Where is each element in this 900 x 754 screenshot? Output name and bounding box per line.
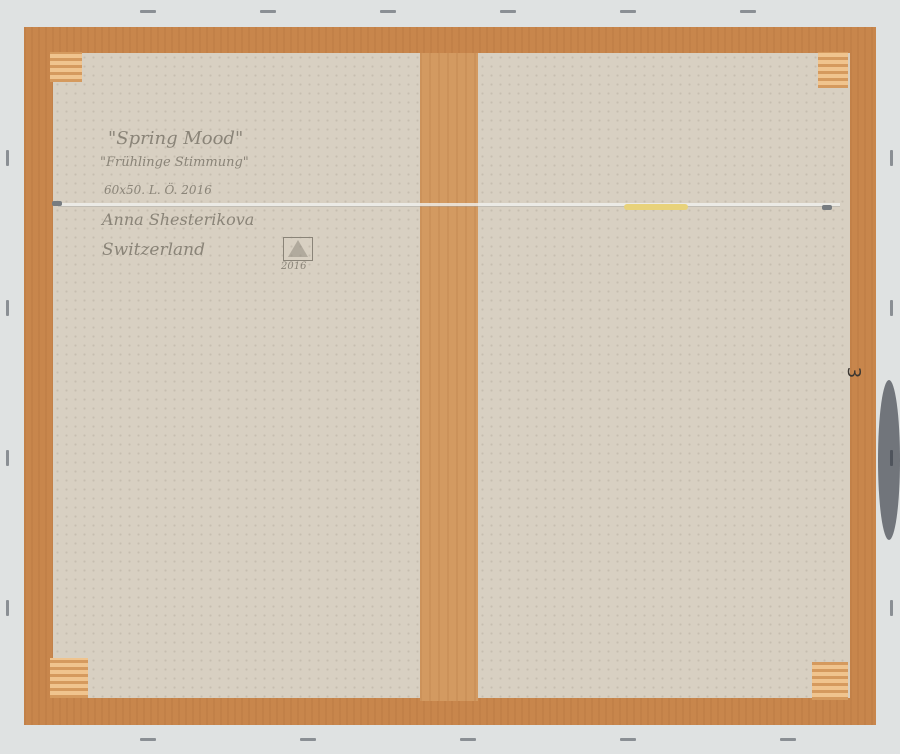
canvas-panel-right — [478, 53, 850, 698]
staple — [890, 150, 893, 166]
staple — [380, 10, 396, 13]
corner-key — [50, 658, 88, 698]
corner-key — [812, 662, 848, 700]
staple — [6, 300, 9, 316]
inscription-title-de: "Frühlinge Stimmung" — [100, 155, 249, 170]
screw-eye — [52, 201, 62, 206]
staple — [740, 10, 756, 13]
staple — [890, 300, 893, 316]
stretcher-mark: 3 — [843, 367, 864, 378]
staple — [620, 738, 636, 741]
staple — [460, 738, 476, 741]
staple — [890, 600, 893, 616]
artist-monogram — [283, 237, 313, 261]
inscription-details: 60x50. L. Ö. 2016 — [104, 183, 212, 197]
staple — [140, 738, 156, 741]
staple — [6, 450, 9, 466]
inscription-country: Switzerland — [102, 240, 205, 260]
corner-key — [50, 52, 82, 82]
monogram-year: 2016 — [281, 261, 306, 272]
staple — [500, 10, 516, 13]
staple — [300, 738, 316, 741]
center-crossbar — [420, 53, 478, 701]
paint-smudge — [878, 380, 900, 540]
staple — [6, 150, 9, 166]
hanging-wire — [58, 203, 840, 206]
wire-tape — [624, 204, 688, 210]
staple — [620, 10, 636, 13]
inscription-title: "Spring Mood" — [108, 128, 243, 149]
canvas-panel-left — [53, 53, 420, 698]
staple — [780, 738, 796, 741]
screw-eye — [822, 205, 832, 210]
staple — [6, 600, 9, 616]
staple — [140, 10, 156, 13]
inscription-artist: Anna Shesterikova — [102, 210, 254, 229]
corner-key — [818, 52, 848, 88]
staple — [260, 10, 276, 13]
